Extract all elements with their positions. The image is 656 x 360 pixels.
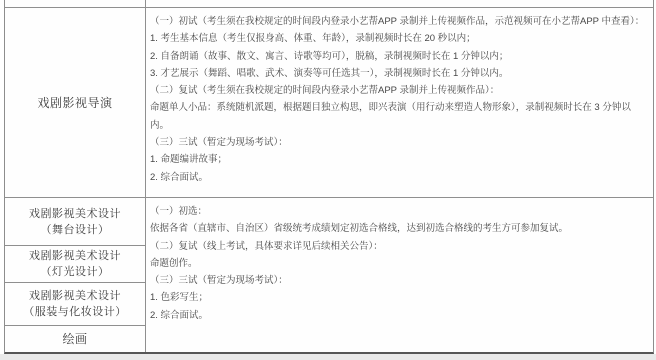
director-round1-title: （一）初试（考生须在我校规定的时间段内登录小艺帮APP 录制并上传视频作品，示范… <box>150 13 647 30</box>
major-label-stage-design-line1: 戏剧影视美术设计 <box>29 206 121 222</box>
director-round3-item-1: 1. 命题编讲故事； <box>150 151 647 168</box>
major-label-painting: 绘画 <box>62 331 87 347</box>
major-label-costume-makeup-line2: （服装与化妆设计） <box>23 304 127 320</box>
table-top-partial-row-right <box>146 0 653 8</box>
director-round1-item-1: 1. 考生基本信息（考生仅报身高、体重、年龄），录制视频时长在 20 秒以内； <box>150 30 647 47</box>
director-round3-title: （三）三试（暂定为现场考试）： <box>150 134 647 151</box>
design-round3-item-2: 2. 综合面试。 <box>150 307 647 324</box>
director-round3-item-2: 2. 综合面试。 <box>150 169 647 186</box>
design-round3-title: （三）三试（暂定为现场考试）： <box>150 272 647 289</box>
director-round2-title: （二）复试（考生须在我校规定的时间段内登录小艺帮APP 录制并上传视频作品）： <box>150 82 647 99</box>
director-round1-item-3: 3. 才艺展示（舞蹈、唱歌、武术、演奏等可任选其一），录制视频时长在 1 分钟以… <box>150 65 647 82</box>
table-top-partial-row-left <box>5 0 146 8</box>
design-round1-desc: 依据各省（直辖市、自治区）省级统考成绩划定初选合格线，达到初选合格线的考生方可参… <box>150 220 647 237</box>
major-cell-stage-design: 戏剧影视美术设计 （舞台设计） <box>5 198 146 246</box>
major-label-stage-design-line2: （舞台设计） <box>41 222 110 238</box>
major-cell-lighting-design: 戏剧影视美术设计 （灯光设计） <box>5 246 146 283</box>
design-round2-title: （二）复试（线上考试，具体要求详见后续相关公告）： <box>150 238 647 255</box>
major-label-costume-makeup-line1: 戏剧影视美术设计 <box>29 288 121 304</box>
document-page: 戏剧影视导演 （一）初试（考生须在我校规定的时间段内登录小艺帮APP 录制并上传… <box>0 0 656 360</box>
exam-cell-director: （一）初试（考生须在我校规定的时间段内登录小艺帮APP 录制并上传视频作品，示范… <box>146 8 653 198</box>
exam-cell-design-majors: （一）初选： 依据各省（直辖市、自治区）省级统考成绩划定初选合格线，达到初选合格… <box>146 198 653 352</box>
design-round3-item-1: 1. 色彩写生； <box>150 289 647 306</box>
major-label-director: 戏剧影视导演 <box>37 95 112 111</box>
director-round2-desc: 命题单人小品：系统随机派题，根据题目独立构思，即兴表演（用行动来塑造人物形象），… <box>150 99 647 134</box>
design-round2-desc: 命题创作。 <box>150 255 647 272</box>
design-round1-title: （一）初选： <box>150 203 647 220</box>
major-cell-costume-makeup-design: 戏剧影视美术设计 （服装与化妆设计） <box>5 283 146 326</box>
major-cell-painting: 绘画 <box>5 326 146 352</box>
major-label-lighting-design-line1: 戏剧影视美术设计 <box>29 248 121 264</box>
major-label-lighting-design-line2: （灯光设计） <box>41 264 110 280</box>
page-background-strip <box>0 354 656 360</box>
major-cell-director: 戏剧影视导演 <box>5 8 146 198</box>
exam-requirements-table: 戏剧影视导演 （一）初试（考生须在我校规定的时间段内登录小艺帮APP 录制并上传… <box>4 0 654 354</box>
director-round1-item-2: 2. 自备朗诵（故事、散文、寓言、诗歌等均可），脱稿，录制视频时长在 1 分钟以… <box>150 48 647 65</box>
